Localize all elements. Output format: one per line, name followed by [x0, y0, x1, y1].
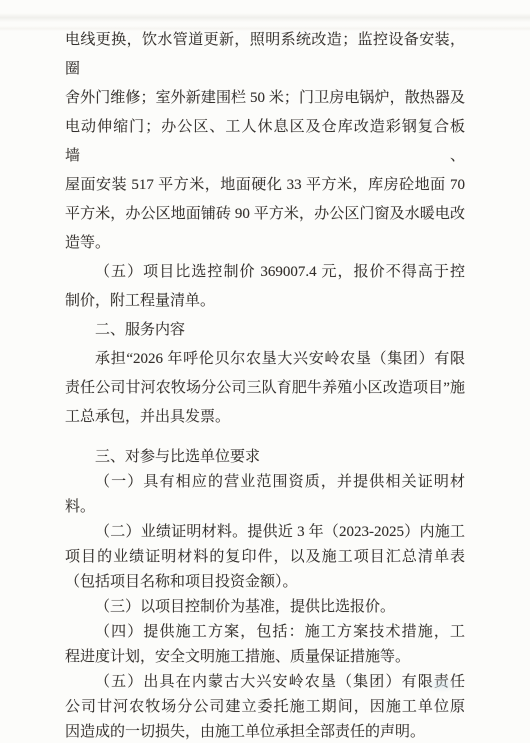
text-line: 工总承包，并出具发票。: [65, 403, 465, 432]
document-page: 电线更换，饮水管道更新，照明系统改造；监控设备安装，圈 舍外门维修；室外新建围栏…: [0, 0, 530, 743]
text-line: 程进度计划，安全文明施工措施、质量保证措施等。: [65, 645, 465, 670]
text-group-lower: 三、对参与比选单位要求 （一）具有相应的营业范围资质，并提供相关证明材 料。 （…: [65, 445, 465, 743]
section-heading-2: 二、服务内容: [65, 316, 465, 345]
text-line-clause-4: （四）提供施工方案，包括：施工方案技术措施，工: [65, 620, 465, 645]
text-group-upper: 电线更换，饮水管道更新，照明系统改造；监控设备安装，圈 舍外门维修；室外新建围栏…: [65, 26, 465, 432]
text-line: 公司甘河农牧场分公司建立委托施工期间，因施工单位原: [65, 695, 465, 720]
text-line: 项目的业绩证明材料的复印件，以及施工项目汇总清单表: [65, 545, 465, 570]
scan-artifact-streak: [0, 13, 530, 22]
text-line: 屋面安装 517 平方米，地面硬化 33 平方米，库房砼地面 70: [65, 171, 465, 200]
text-line: 电线更换，饮水管道更新，照明系统改造；监控设备安装，圈: [65, 26, 465, 84]
text-line: （包括项目名称和项目投资金额）。: [65, 570, 465, 595]
text-line-clause-3: （三）以项目控制价为基准，提供比选报价。: [65, 595, 465, 620]
text-line: 责任公司甘河农牧场分公司三队育肥牛养殖小区改造项目”施: [65, 374, 465, 403]
text-line: 料。: [65, 495, 465, 520]
text-line: 平方米，办公区地面铺砖 90 平方米，办公区门窗及水暖电改: [65, 200, 465, 229]
document-text-block: 电线更换，饮水管道更新，照明系统改造；监控设备安装，圈 舍外门维修；室外新建围栏…: [65, 26, 465, 743]
text-line-clause-5: （五）项目比选控制价 369007.4 元，报价不得高于控: [65, 258, 465, 287]
text-line: 因造成的一切损失，由施工单位承担全部责任的声明。: [65, 720, 465, 743]
text-line: 制价，附工程量清单。: [65, 287, 465, 316]
text-line: 舍外门维修；室外新建围栏 50 米；门卫房电锅炉，散热器及: [65, 84, 465, 113]
section-heading-3: 三、对参与比选单位要求: [65, 445, 465, 470]
text-line: 承担“2026 年呼伦贝尔农垦大兴安岭农垦（集团）有限: [65, 345, 465, 374]
text-line-clause-2: （二）业绩证明材料。提供近 3 年（2023-2025）内施工: [65, 520, 465, 545]
text-line-clause-1: （一）具有相应的营业范围资质，并提供相关证明材: [65, 470, 465, 495]
text-line: 电动伸缩门；办公区、工人休息区及仓库改造彩钢复合板墙、: [65, 113, 465, 171]
text-line: 造等。: [65, 229, 465, 258]
text-line-clause-5b: （五）出具在内蒙古大兴安岭农垦（集团）有限责任: [65, 670, 465, 695]
